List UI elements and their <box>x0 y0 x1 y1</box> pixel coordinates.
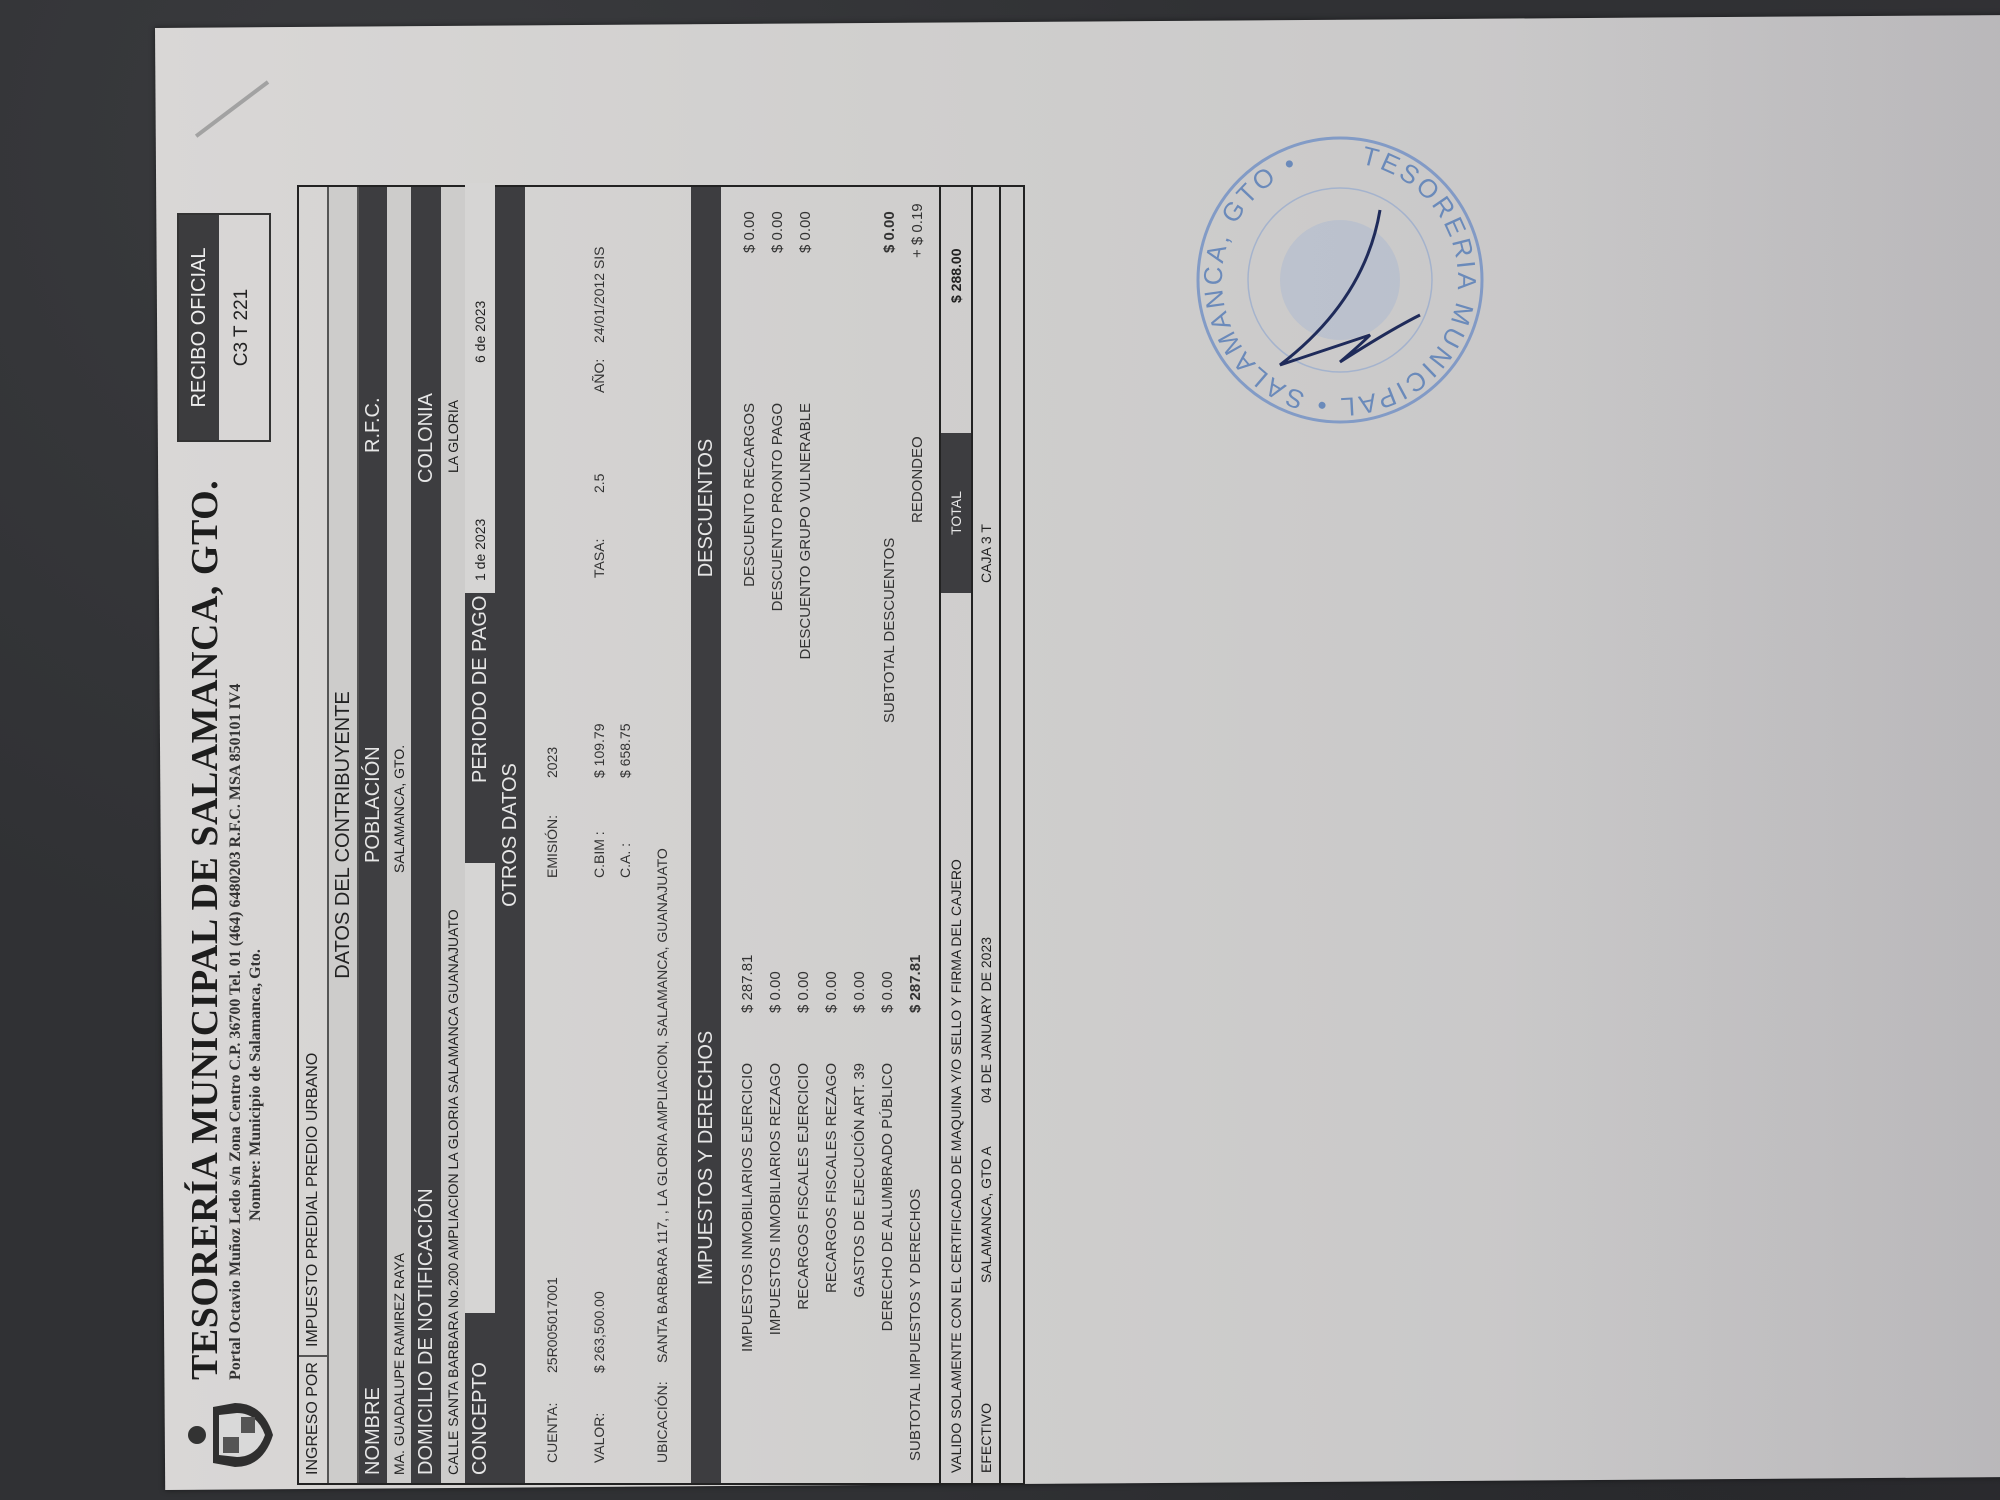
valor-value: $ 263,500.00 <box>591 1291 607 1373</box>
periodo-label: PERIODO DE PAGO <box>465 596 495 783</box>
lugar: SALAMANCA, GTO A <box>973 1146 999 1283</box>
colonia-label: COLONIA <box>411 393 441 483</box>
ingreso-label: INGRESO POR <box>299 1355 327 1475</box>
forma-pago: EFECTIVO <box>973 1403 999 1473</box>
ubicacion-value: SANTA BARBARA 117, , LA GLORIA AMPLIACIO… <box>654 848 670 1363</box>
municipal-seal-stamp: TESORERIA MUNICIPAL • SALAMANCA, GTO • <box>1190 130 1490 430</box>
concepto-row: CONCEPTO PERIODO DE PAGO 1 de 2023 6 de … <box>465 187 495 1483</box>
domicilio-label: DOMICILIO DE NOTIFICACIÓN <box>411 1188 441 1475</box>
contribuyente-title: DATOS DEL CONTRIBUYENTE <box>329 187 357 1483</box>
otros-datos-title: OTROS DATOS <box>495 187 525 1483</box>
cbim-label: C.BIM : <box>591 831 607 878</box>
contribuyente-values: MA. GUADALUPE RAMIREZ RAYA SALAMANCA, GT… <box>387 187 411 1483</box>
domicilio-labels: DOMICILIO DE NOTIFICACIÓN COLONIA <box>411 187 441 1483</box>
pago-row: EFECTIVO SALAMANCA, GTO A 04 DE JANUARY … <box>973 187 1001 1483</box>
impuesto-amount: $ 0.00 <box>767 971 784 1013</box>
receipt-number-box: RECIBO OFICIAL C3 T 221 <box>177 213 271 442</box>
descuentos-title: DESCUENTOS <box>691 183 721 833</box>
issuer-address: Portal Octavio Muñoz Ledo s/n Zona Centr… <box>227 684 245 1380</box>
impuesto-label: DERECHO DE ALUMBRADO PÚBLICO <box>879 1063 896 1463</box>
impuesto-amount: $ 0.00 <box>795 971 812 1013</box>
ubicacion-label: UBICACIÓN: <box>654 1381 670 1463</box>
nombre-label: NOMBRE <box>359 1387 387 1475</box>
ingreso-row: INGRESO POR IMPUESTO PREDIAL PREDIO URBA… <box>299 187 329 1483</box>
impuesto-amount: $ 287.81 <box>739 955 756 1013</box>
contribuyente-header: DATOS DEL CONTRIBUYENTE <box>329 187 359 1483</box>
receipt-header: TESORERÍA MUNICIPAL DE SALAMANCA, GTO. P… <box>165 135 285 1490</box>
impuesto-amount: $ 0.00 <box>879 971 896 1013</box>
issuer-name: Nombre: Municipio de Salamanca, Gto. <box>247 790 265 1380</box>
valor-label: VALOR: <box>591 1413 607 1463</box>
ca-value: $ 658.75 <box>617 724 633 779</box>
periodo-desde: 1 de 2023 <box>465 183 495 593</box>
impuesto-label: IMPUESTOS INMOBILIARIOS EJERCICIO <box>739 1063 756 1463</box>
cbim-value: $ 109.79 <box>591 724 607 779</box>
receipt-label: RECIBO OFICIAL <box>179 215 219 440</box>
receipt-number: C3 T 221 <box>219 215 265 440</box>
descuento-label: DESCUENTO RECARGOS <box>741 403 758 823</box>
domicilio-value: CALLE SANTA BARBARA No.200 AMPLIACION LA… <box>441 909 465 1475</box>
impuestos-descuentos-header: IMPUESTOS Y DERECHOS DESCUENTOS <box>691 187 721 1483</box>
anio-label: AÑO: <box>591 359 607 393</box>
valido-text: VALIDO SOLAMENTE CON EL CERTIFICADO DE M… <box>941 859 971 1473</box>
subtotal-descuentos-label: SUBTOTAL DESCUENTOS <box>881 538 898 723</box>
descuento-label: DESCUENTO GRUPO VULNERABLE <box>797 403 814 823</box>
rfc-label: R.F.C. <box>359 397 387 453</box>
concepto-value <box>465 863 495 1313</box>
total-label: TOTAL <box>941 433 971 593</box>
nombre-value: MA. GUADALUPE RAMIREZ RAYA <box>387 1253 411 1475</box>
descuento-amount: $ 0.00 <box>741 211 758 253</box>
official-receipt: TESORERÍA MUNICIPAL DE SALAMANCA, GTO. P… <box>165 135 1065 1490</box>
colonia-value: LA GLORIA <box>441 400 465 473</box>
caja: CAJA 3 T <box>973 524 999 583</box>
descuento-amount: $ 0.00 <box>769 211 786 253</box>
poblacion-label: POBLACIÓN <box>359 746 387 863</box>
tasa-label: TASA: <box>591 539 607 578</box>
poblacion-value: SALAMANCA, GTO. <box>387 745 411 873</box>
impuesto-amount: $ 0.00 <box>851 971 868 1013</box>
redondeo-label: REDONDEO <box>909 436 926 523</box>
domicilio-values: CALLE SANTA BARBARA No.200 AMPLIACION LA… <box>441 187 465 1483</box>
impuesto-label: RECARGOS FISCALES EJERCICIO <box>795 1063 812 1463</box>
fecha: 04 DE JANUARY DE 2023 <box>973 937 999 1103</box>
redondeo-value: + $ 0.19 <box>909 203 926 258</box>
anio-value: 24/01/2012 SIS <box>591 246 607 343</box>
subtotal-impuestos-value: $ 287.81 <box>907 955 924 1013</box>
emision-value: 2023 <box>544 747 560 778</box>
periodo-hasta: 6 de 2023 <box>465 301 495 363</box>
tasa-value: 2.5 <box>591 474 607 493</box>
subtotal-descuentos-value: $ 0.00 <box>881 211 898 253</box>
descuento-amount: $ 0.00 <box>797 211 814 253</box>
ca-label: C.A. : <box>617 843 633 878</box>
emision-label: EMISIÓN: <box>544 815 560 878</box>
receipt-table: INGRESO POR IMPUESTO PREDIAL PREDIO URBA… <box>297 185 1025 1485</box>
impuesto-amount: $ 0.00 <box>823 971 840 1013</box>
contribuyente-labels: NOMBRE POBLACIÓN R.F.C. <box>359 187 387 1483</box>
cuenta-label: CUENTA: <box>544 1403 560 1463</box>
issuer-title: TESORERÍA MUNICIPAL DE SALAMANCA, GTO. <box>183 480 227 1380</box>
total-value: $ 288.00 <box>941 249 971 304</box>
subtotal-impuestos-label: SUBTOTAL IMPUESTOS Y DERECHOS <box>907 1189 924 1461</box>
impuestos-title: IMPUESTOS Y DERECHOS <box>691 833 721 1483</box>
impuesto-label: IMPUESTOS INMOBILIARIOS REZAGO <box>767 1063 784 1463</box>
impuesto-label: GASTOS DE EJECUCIÓN ART. 39 <box>851 1063 868 1463</box>
valido-row: VALIDO SOLAMENTE CON EL CERTIFICADO DE M… <box>939 187 973 1483</box>
otros-datos-header: OTROS DATOS <box>495 187 525 1483</box>
ingreso-value: IMPUESTO PREDIAL PREDIO URBANO <box>299 1053 327 1347</box>
cuenta-value: 25R005017001 <box>544 1277 560 1373</box>
impuesto-label: RECARGOS FISCALES REZAGO <box>823 1063 840 1463</box>
municipal-crest-icon <box>185 1395 275 1475</box>
descuento-label: DESCUENTO PRONTO PAGO <box>769 403 786 823</box>
